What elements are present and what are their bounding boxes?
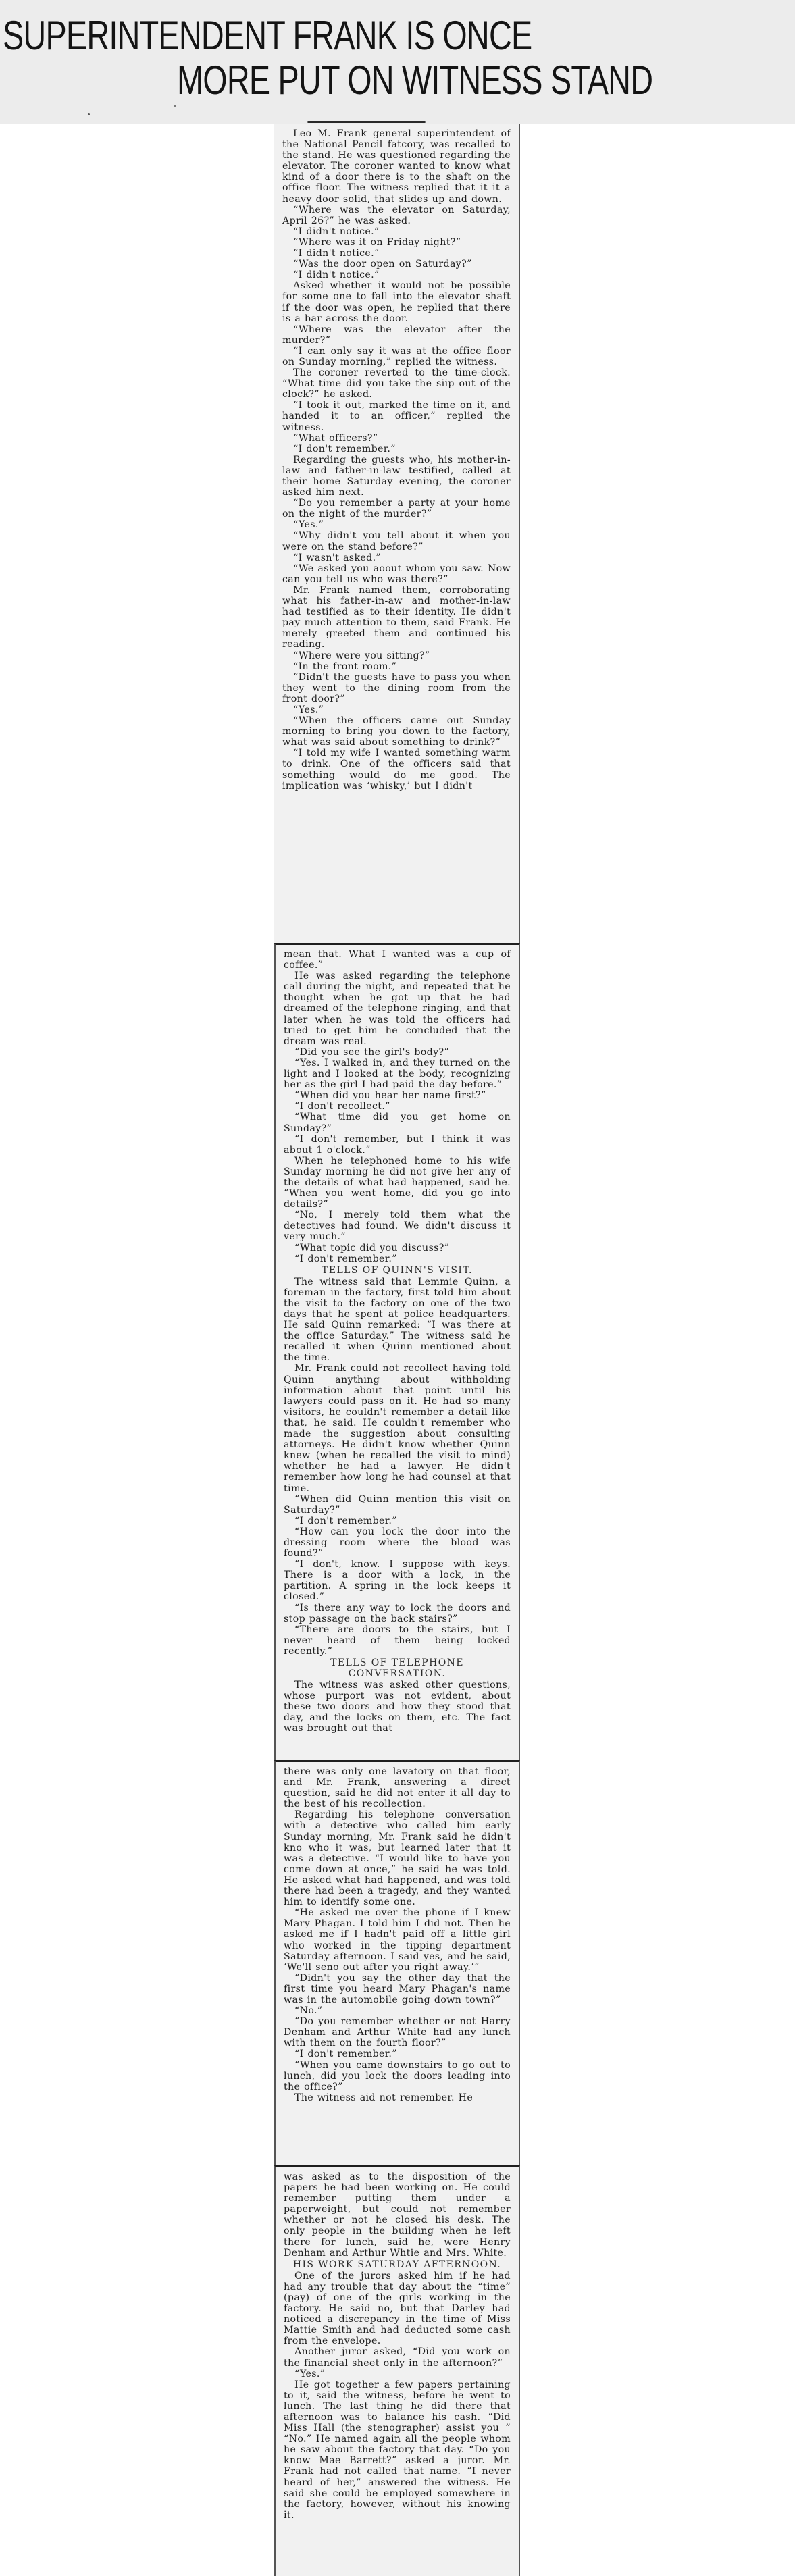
article-paragraph: “When the officers came out Sunday morni…: [282, 715, 511, 748]
article-paragraph: “Do you remember whether or not Harry De…: [284, 2016, 511, 2049]
section-subhead: TELLS OF TELEPHONE CONVERSATION.: [284, 1657, 511, 1679]
article-paragraph: “I can only say it was at the office flo…: [282, 346, 511, 367]
article-paragraph: “When did Quinn mention this visit on Sa…: [284, 1494, 511, 1516]
article-paragraph: “I don't remember.”: [284, 2049, 511, 2059]
article-paragraph: “What time did you get home on Sunday?”: [284, 1112, 511, 1133]
article-segment-4: was asked as to the disposition of the p…: [274, 2165, 520, 2576]
article-paragraph: “I don't remember.”: [284, 1516, 511, 1526]
article-paragraph: “Where were you sitting?”: [282, 650, 511, 661]
article-paragraph: “Where was it on Friday night?”: [282, 237, 511, 248]
headline-line-2: MORE PUT ON WITNESS STAND: [177, 57, 652, 103]
article-paragraph: “When you came downstairs to go out to l…: [284, 2060, 511, 2092]
article-paragraph: “Why didn't you tell about it when you w…: [282, 530, 511, 552]
print-speck: [174, 105, 176, 107]
headline-rule: [307, 121, 426, 123]
article-column: Leo M. Frank general superintendent of t…: [274, 124, 520, 2576]
article-paragraph: “Do you remember a party at your home on…: [282, 498, 511, 519]
article-paragraph: “Where was the elevator on Saturday, Apr…: [282, 205, 511, 226]
article-paragraph: The witness was asked other questions, w…: [284, 1680, 511, 1734]
article-paragraph: mean that. What I wanted was a cup of co…: [284, 949, 511, 971]
article-paragraph: “I didn't notice.”: [282, 248, 511, 259]
article-paragraph: “I don't remember, but I think it was ab…: [284, 1134, 511, 1156]
article-paragraph: “I told my wife I wanted something warm …: [282, 748, 511, 791]
article-paragraph: “Was the door open on Saturday?”: [282, 259, 511, 269]
article-paragraph: Regarding his telephone conversation wit…: [284, 1809, 511, 1907]
article-paragraph: “No, I merely told them what the detecti…: [284, 1210, 511, 1242]
headline-line-1: SUPERINTENDENT FRANK IS ONCE: [3, 12, 532, 59]
article-paragraph: “Yes.”: [284, 2369, 511, 2379]
article-paragraph: One of the jurors asked him if he had ha…: [284, 2271, 511, 2347]
article-paragraph: “Yes. I walked in, and they turned on th…: [284, 1058, 511, 1090]
article-paragraph: “Didn't you say the other day that the f…: [284, 1973, 511, 2005]
article-paragraph: The witness aid not remember. He: [284, 2092, 511, 2103]
article-paragraph: He was asked regarding the telephone cal…: [284, 971, 511, 1047]
article-paragraph: there was only one lavatory on that floo…: [284, 1766, 511, 1809]
article-paragraph: Leo M. Frank general superintendent of t…: [282, 128, 511, 205]
article-paragraph: The witness said that Lemmie Quinn, a fo…: [284, 1277, 511, 1364]
section-subhead: TELLS OF QUINN'S VISIT.: [284, 1265, 511, 1276]
article-paragraph: “I wasn't asked.”: [282, 552, 511, 563]
article-paragraph: “Didn't the guests have to pass you when…: [282, 672, 511, 704]
article-paragraph: “What topic did you discuss?”: [284, 1243, 511, 1254]
article-paragraph: Mr. Frank named them, corroborating what…: [282, 585, 511, 650]
article-paragraph: “I don't remember.”: [284, 1254, 511, 1264]
article-paragraph: He got together a few papers pertaining …: [284, 2379, 511, 2521]
article-paragraph: “In the front room.”: [282, 661, 511, 672]
article-paragraph: Mr. Frank could not recollect having tol…: [284, 1363, 511, 1493]
article-paragraph: “I took it out, marked the time on it, a…: [282, 400, 511, 432]
article-paragraph: “He asked me over the phone if I knew Ma…: [284, 1907, 511, 1973]
article-segment-3: there was only one lavatory on that floo…: [274, 1760, 520, 2165]
article-paragraph: “I didn't notice.”: [282, 269, 511, 280]
article-paragraph: “I didn't notice.”: [282, 226, 511, 237]
article-paragraph: was asked as to the disposition of the p…: [284, 2171, 511, 2259]
print-speck: [88, 113, 90, 115]
article-paragraph: “We asked you aoout whom you saw. Now ca…: [282, 563, 511, 585]
article-paragraph: “I don't recollect.”: [284, 1101, 511, 1112]
article-paragraph: “Did you see the girl's body?”: [284, 1047, 511, 1058]
article-segment-1: Leo M. Frank general superintendent of t…: [274, 124, 520, 943]
article-paragraph: “How can you lock the door into the dres…: [284, 1526, 511, 1559]
article-paragraph: “Yes.”: [282, 519, 511, 530]
article-paragraph: Regarding the guests who, his mother-in-…: [282, 455, 511, 498]
article-paragraph: “What officers?”: [282, 433, 511, 444]
article-paragraph: “When did you hear her name first?”: [284, 1090, 511, 1101]
article-paragraph: “Is there any way to lock the doors and …: [284, 1603, 511, 1624]
article-paragraph: “I don't, know. I suppose with keys. The…: [284, 1559, 511, 1602]
headline-band: SUPERINTENDENT FRANK IS ONCE MORE PUT ON…: [0, 0, 795, 124]
article-paragraph: “Yes.”: [282, 704, 511, 715]
article-paragraph: “There are doors to the stairs, but I ne…: [284, 1624, 511, 1657]
article-paragraph: “No.”: [284, 2005, 511, 2016]
article-segment-2: mean that. What I wanted was a cup of co…: [274, 943, 520, 1760]
article-paragraph: When he telephoned home to his wife Sund…: [284, 1156, 511, 1210]
section-subhead: HIS WORK SATURDAY AFTERNOON.: [284, 2259, 511, 2270]
article-paragraph: “Where was the elevator after the murder…: [282, 324, 511, 346]
article-paragraph: “I don't remember.”: [282, 444, 511, 455]
article-paragraph: The coroner reverted to the time-clock. …: [282, 367, 511, 400]
article-paragraph: Asked whether it would not be possible f…: [282, 280, 511, 324]
article-paragraph: Another juror asked, “Did you work on th…: [284, 2346, 511, 2368]
